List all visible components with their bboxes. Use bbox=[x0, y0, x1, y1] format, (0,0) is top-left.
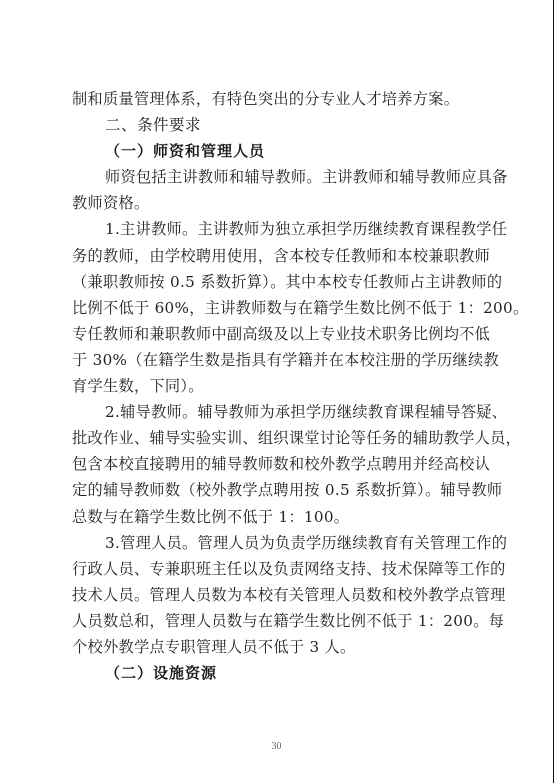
paragraph-line: 专任教师和兼职教师中副高级及以上专业技术职务比例均不低 bbox=[72, 321, 483, 347]
page-number: 30 bbox=[0, 741, 553, 752]
paragraph-line: 制和质量管理体系，有特色突出的分专业人才培养方案。 bbox=[72, 86, 483, 112]
paragraph-line: 总数与在籍学生数比例不低于 1：100。 bbox=[72, 504, 483, 530]
paragraph-line: 于 30%（在籍学生数是指具有学籍并在本校注册的学历继续教 bbox=[72, 347, 483, 373]
document-page: 制和质量管理体系，有特色突出的分专业人才培养方案。 二、条件要求 （一）师资和管… bbox=[0, 0, 554, 783]
paragraph-line: 包含本校直接聘用的辅导教师数和校外教学点聘用并经高校认 bbox=[72, 451, 483, 477]
section-heading: 二、条件要求 bbox=[72, 112, 483, 138]
paragraph-line: 3.管理人员。管理人员为负责学历继续教育有关管理工作的 bbox=[72, 530, 483, 556]
paragraph-line: 教师资格。 bbox=[72, 190, 483, 216]
paragraph-line: （兼职教师按 0.5 系数折算）。其中本校专任教师占主讲教师的 bbox=[72, 269, 483, 295]
page-body: 制和质量管理体系，有特色突出的分专业人才培养方案。 二、条件要求 （一）师资和管… bbox=[72, 86, 483, 686]
paragraph-line: 个校外教学点专职管理人员不低于 3 人。 bbox=[72, 634, 483, 660]
subsection-heading: （一）师资和管理人员 bbox=[72, 138, 483, 164]
paragraph-line: 批改作业、辅导实验实训、组织课堂讨论等任务的辅助教学人员， bbox=[72, 425, 483, 451]
subsection-heading: （二）设施资源 bbox=[72, 660, 483, 686]
paragraph-line: 1.主讲教师。主讲教师为独立承担学历继续教育课程教学任 bbox=[72, 216, 483, 242]
paragraph-line: 行政人员、专兼职班主任以及负责网络支持、技术保障等工作的 bbox=[72, 556, 483, 582]
paragraph-line: 育学生数，下同）。 bbox=[72, 373, 483, 399]
paragraph-line: 师资包括主讲教师和辅导教师。主讲教师和辅导教师应具备 bbox=[72, 164, 483, 190]
paragraph-line: 务的教师，由学校聘用使用，含本校专任教师和本校兼职教师 bbox=[72, 243, 483, 269]
paragraph-line: 2.辅导教师。辅导教师为承担学历继续教育课程辅导答疑、 bbox=[72, 399, 483, 425]
paragraph-line: 定的辅导教师数（校外教学点聘用按 0.5 系数折算）。辅导教师 bbox=[72, 477, 483, 503]
paragraph-line: 人员数总和，管理人员数与在籍学生数比例不低于 1：200。每 bbox=[72, 608, 483, 634]
paragraph-line: 技术人员。管理人员数为本校有关管理人员数和校外教学点管理 bbox=[72, 582, 483, 608]
paragraph-line: 比例不低于 60%，主讲教师数与在籍学生数比例不低于 1：200。 bbox=[72, 295, 483, 321]
